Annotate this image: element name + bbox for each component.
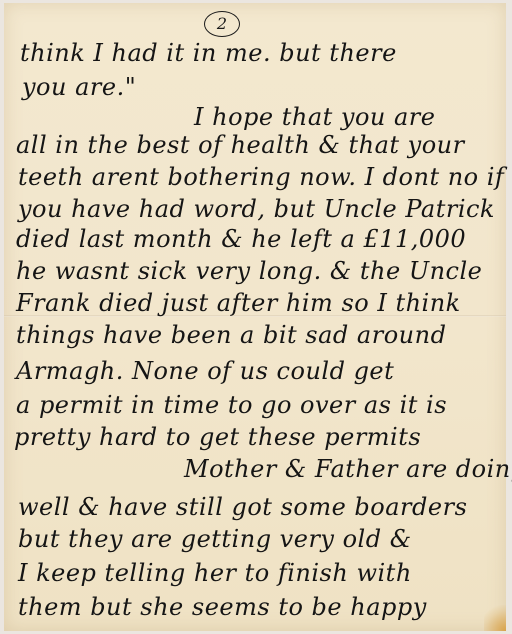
text-line: but they are getting very old & [18,525,412,553]
text-line: things have been a bit sad around [16,321,446,349]
corner-stain [484,605,506,631]
text-line: Armagh. None of us could get [16,357,394,385]
text-line: well & have still got some boarders [18,493,467,521]
text-line: Frank died just after him so I think [16,289,461,317]
text-line: them but she seems to be happy [18,593,427,621]
page-number: 2 [204,11,240,37]
text-line: all in the best of health & that your [16,131,465,159]
text-line: teeth arent bothering now. I dont no if [18,163,504,191]
text-line: pretty hard to get these permits [14,423,421,451]
text-line: you are." [22,73,136,101]
text-line: I hope that you are [194,103,435,131]
text-line: think I had it in me. but there [20,39,397,67]
text-line: he wasnt sick very long. & the Uncle [16,257,482,285]
text-line: Mother & Father are doing [184,455,512,483]
text-line: died last month & he left a £11,000 [16,225,466,253]
text-line: you have had word, but Uncle Patrick [18,195,495,223]
letter-page: 2 think I had it in me. but there you ar… [4,3,506,631]
text-line: a permit in time to go over as it is [16,391,447,419]
text-line: I keep telling her to finish with [18,559,412,587]
